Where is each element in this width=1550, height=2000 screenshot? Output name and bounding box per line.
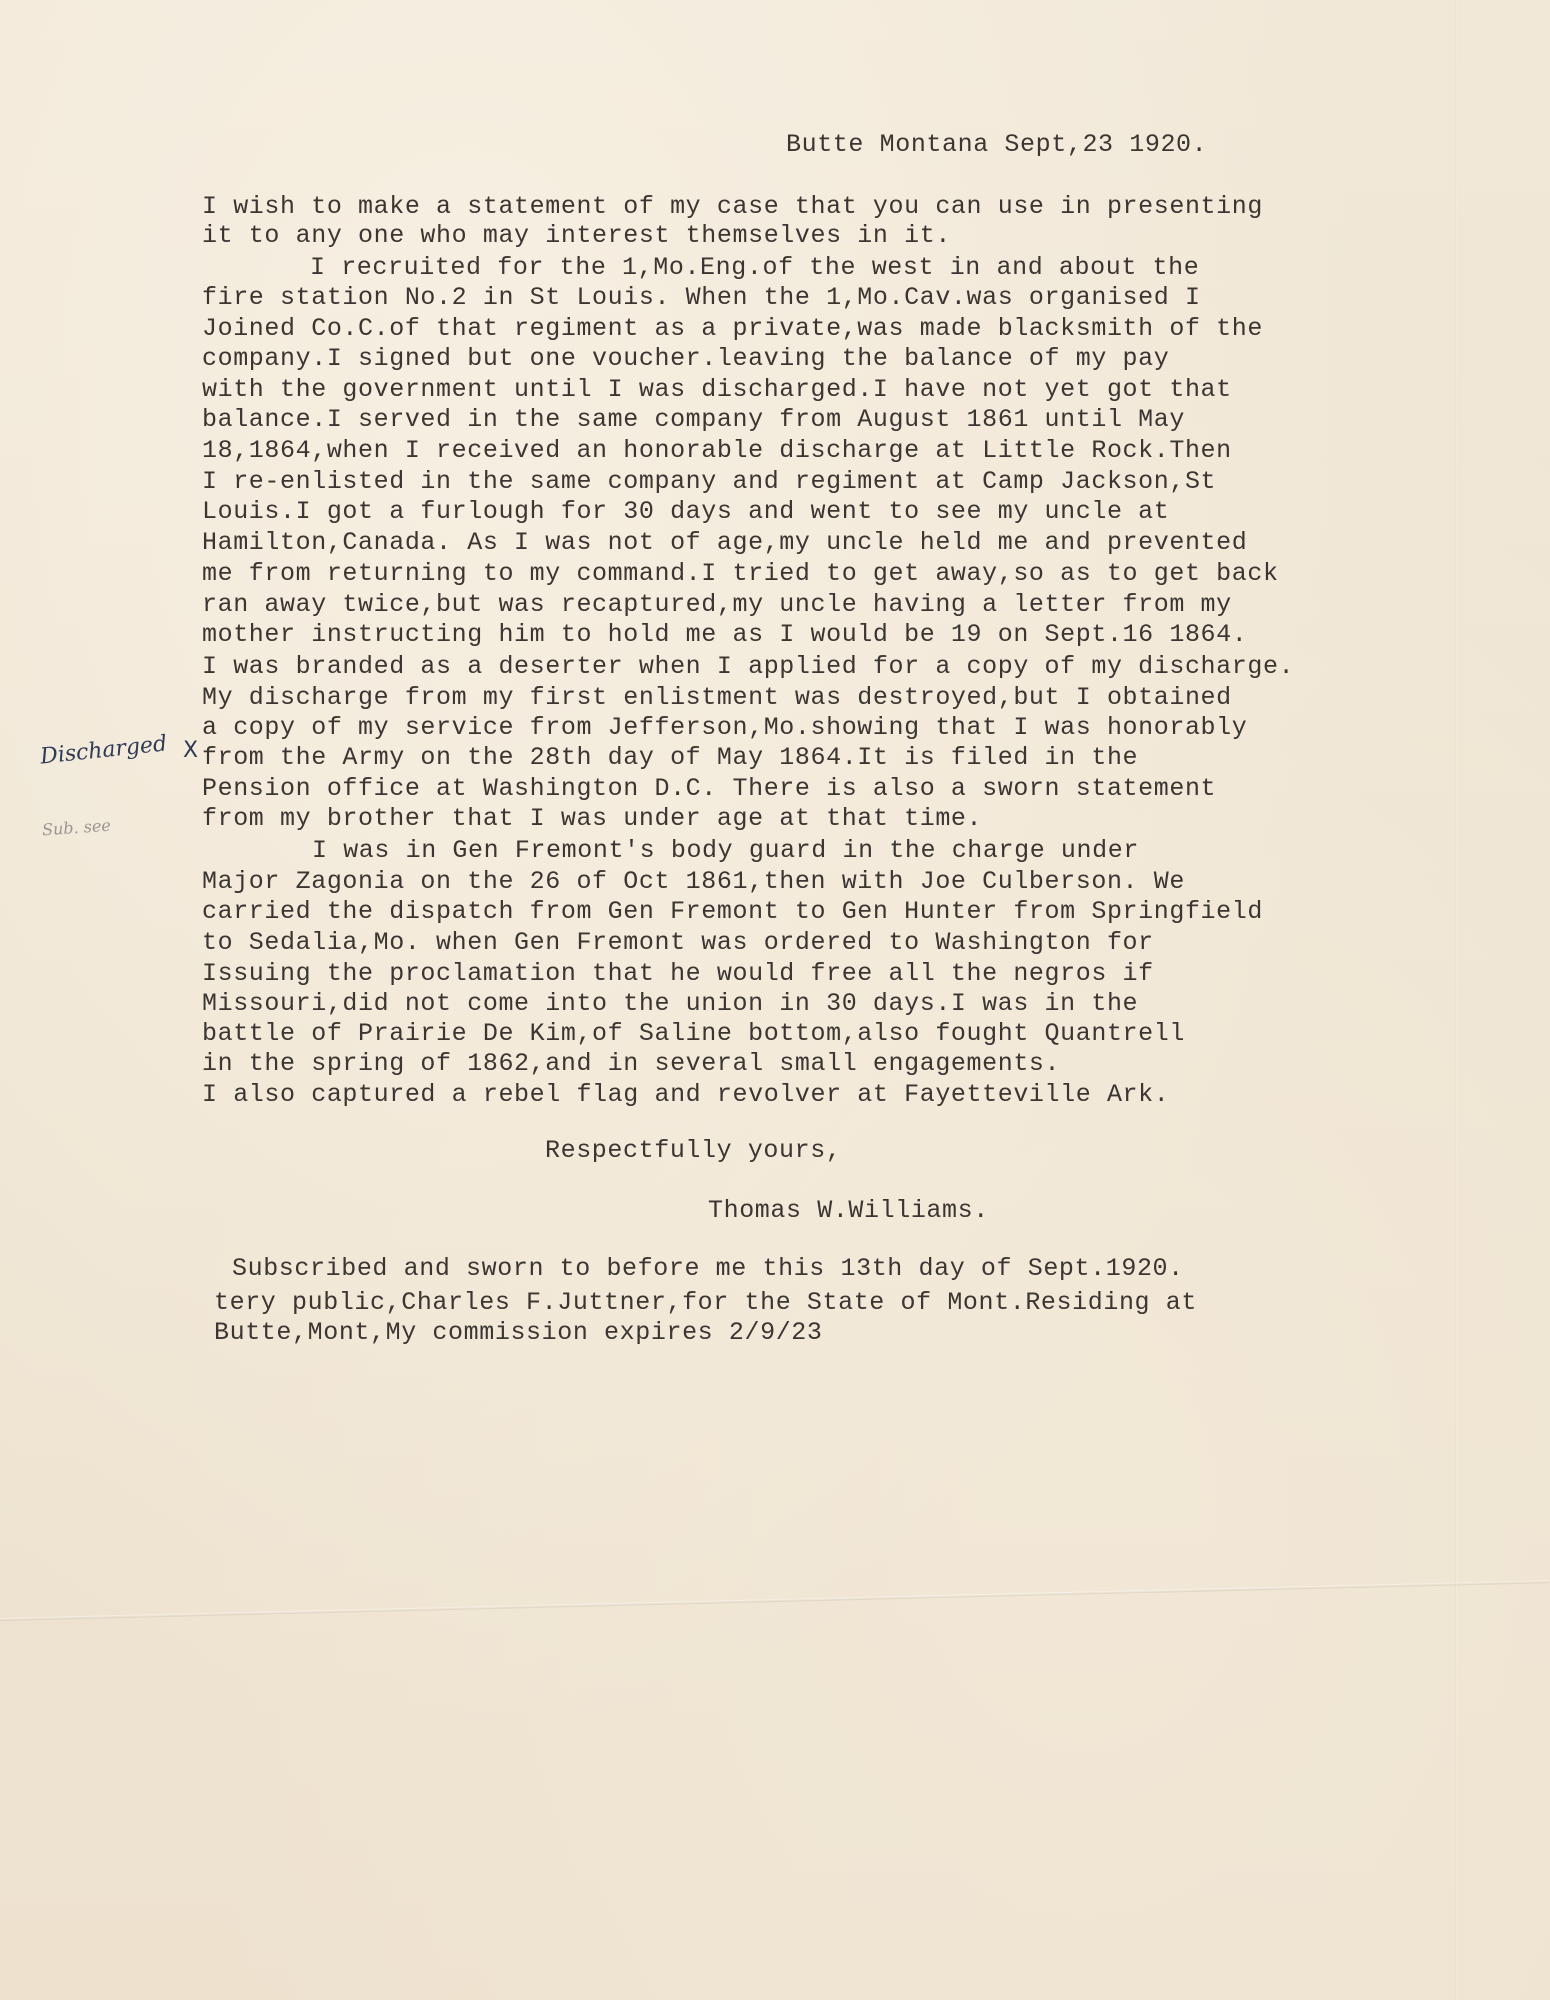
body-line: balance.I served in the same company fro… — [202, 407, 1185, 432]
body-line: carried the dispatch from Gen Fremont to… — [202, 899, 1263, 924]
body-line: Louis.I got a furlough for 30 days and w… — [202, 499, 1169, 524]
body-line: Major Zagonia on the 26 of Oct 1861,then… — [202, 869, 1185, 894]
signature: Thomas W.Williams. — [708, 1198, 989, 1223]
body-line: fire station No.2 in St Louis. When the … — [202, 285, 1201, 310]
insert-mark-icon: X — [183, 738, 198, 763]
dateline: Butte Montana Sept,23 1920. — [786, 132, 1207, 157]
body-line: to Sedalia,Mo. when Gen Fremont was orde… — [202, 930, 1154, 955]
paper-fold-line — [0, 1580, 1550, 1621]
body-line: me from returning to my command.I tried … — [202, 561, 1279, 586]
body-line: mother instructing him to hold me as I w… — [202, 622, 1247, 647]
body-line: I wish to make a statement of my case th… — [202, 194, 1263, 219]
body-line: I was in Gen Fremont's body guard in the… — [312, 838, 1139, 863]
margin-faint-note: Sub. see — [41, 816, 111, 840]
body-line: company.I signed but one voucher.leaving… — [202, 346, 1169, 371]
body-line: ran away twice,but was recaptured,my unc… — [202, 592, 1232, 617]
paper-vertical-crease — [1455, 0, 1457, 2000]
body-line: battle of Prairie De Kim,of Saline botto… — [202, 1021, 1185, 1046]
body-line: I also captured a rebel flag and revolve… — [202, 1082, 1169, 1107]
body-line: Joined Co.C.of that regiment as a privat… — [202, 316, 1263, 341]
body-line: 18,1864,when I received an honorable dis… — [202, 438, 1232, 463]
body-line: in the spring of 1862,and in several sma… — [202, 1051, 1060, 1076]
body-line: Hamilton,Canada. As I was not of age,my … — [202, 530, 1247, 555]
body-line: a copy of my service from Jefferson,Mo.s… — [202, 715, 1247, 740]
body-line: I recruited for the 1,Mo.Eng.of the west… — [310, 255, 1199, 280]
closing: Respectfully yours, — [545, 1138, 841, 1163]
notary-line: tery public,Charles F.Juttner,for the St… — [214, 1290, 1197, 1315]
body-line: from my brother that I was under age at … — [202, 806, 982, 831]
body-line: with the government until I was discharg… — [202, 377, 1232, 402]
notary-line: Subscribed and sworn to before me this 1… — [232, 1256, 1184, 1281]
body-line: from the Army on the 28th day of May 186… — [202, 745, 1138, 770]
margin-handwritten-note: Discharged — [39, 731, 168, 769]
body-line: Missouri,did not come into the union in … — [202, 991, 1138, 1016]
notary-line: Butte,Mont,My commission expires 2/9/23 — [214, 1320, 823, 1345]
body-line: Pension office at Washington D.C. There … — [202, 776, 1216, 801]
body-line: Issuing the proclamation that he would f… — [202, 961, 1154, 986]
letter-page: Butte Montana Sept,23 1920. I wish to ma… — [0, 0, 1550, 2000]
body-line: it to any one who may interest themselve… — [202, 223, 951, 248]
body-line: My discharge from my first enlistment wa… — [202, 685, 1232, 710]
body-line: I re-enlisted in the same company and re… — [202, 469, 1216, 494]
body-line: I was branded as a deserter when I appli… — [202, 654, 1294, 679]
